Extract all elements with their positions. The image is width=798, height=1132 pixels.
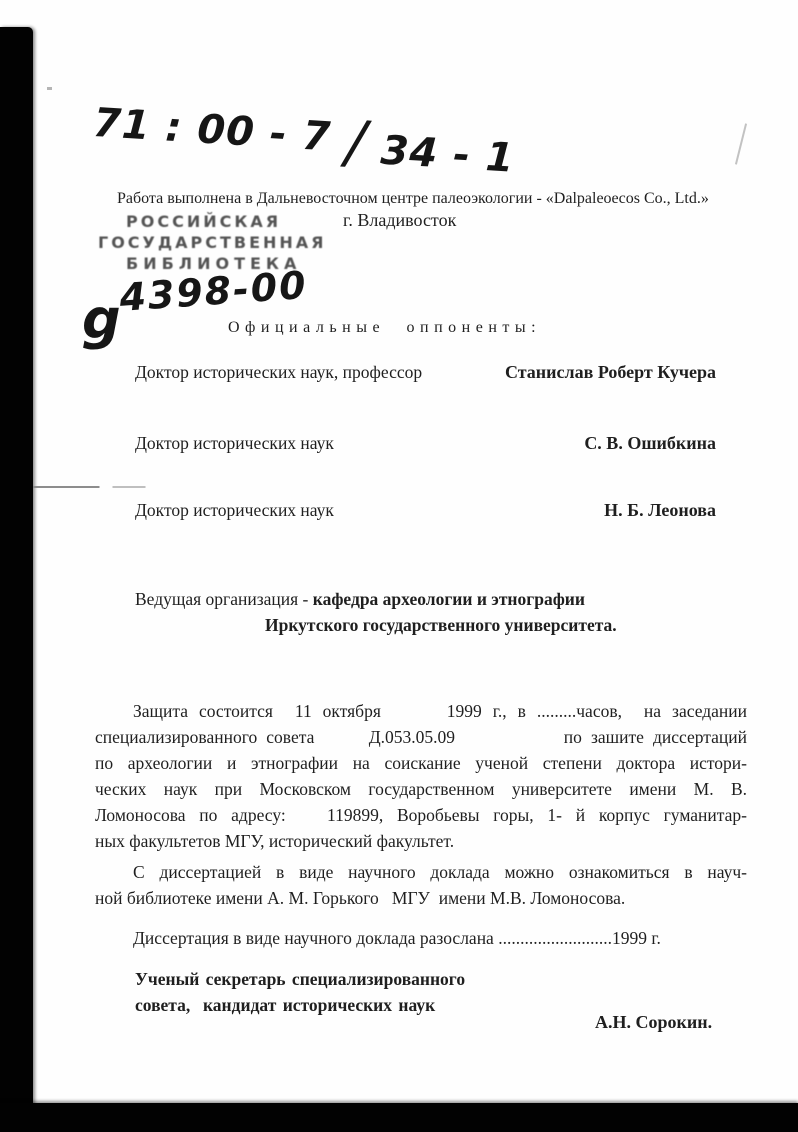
defense-line: специализированного совета Д.053.05.09 п… bbox=[95, 724, 747, 750]
leading-organization-line1: Ведущая организация - кафедра археологии… bbox=[135, 586, 617, 612]
handwritten-call-number: 71 : 00 - 7 / 34 - 1 bbox=[91, 92, 517, 186]
secretary-signature: А.Н. Сорокин. bbox=[595, 1012, 712, 1033]
defense-line: ческих наук при Московском государственн… bbox=[95, 776, 747, 802]
library-stamp-line: РОССИЙСКАЯ bbox=[126, 211, 327, 232]
opponent-row: Доктор исторических наук, профессор Стан… bbox=[135, 362, 716, 383]
opponent-name: С. В. Ошибкина bbox=[584, 433, 716, 454]
scan-pen-mark bbox=[735, 123, 747, 164]
opponents-heading: Официальные оппоненты: bbox=[228, 319, 541, 337]
leading-organization-prefix: Ведущая организация - bbox=[135, 589, 313, 609]
library-stamp-line: ГОСУДАРСТВЕННАЯ bbox=[98, 232, 327, 253]
opponent-degree: Доктор исторических наук bbox=[135, 433, 334, 454]
opponent-row: Доктор исторических наук Н. Б. Леонова bbox=[135, 500, 716, 521]
leading-organization-department: кафедра археологии и этнографии bbox=[313, 589, 585, 609]
secretary-line: Ученый секретарь специализированного bbox=[135, 966, 615, 992]
leading-organization: Ведущая организация - кафедра археологии… bbox=[135, 586, 617, 638]
opponents-list: Доктор исторических наук, профессор Стан… bbox=[135, 362, 716, 521]
defense-line: по археологии и этнографии на соискание … bbox=[95, 750, 747, 776]
library-access-paragraph: С диссертацией в виде научного доклада м… bbox=[95, 859, 747, 911]
mailed-text-line: Диссертация в виде научного доклада разо… bbox=[95, 925, 747, 951]
defense-line: ных факультетов МГУ, исторический факуль… bbox=[95, 828, 747, 854]
opponent-name: Станислав Роберт Кучера bbox=[505, 362, 716, 383]
opponent-degree: Доктор исторических наук, профессор bbox=[135, 362, 422, 383]
defense-line: Защита состоится 11 октября 1999 г., в .… bbox=[95, 698, 747, 724]
defense-paragraph: Защита состоится 11 октября 1999 г., в .… bbox=[95, 698, 747, 854]
secretary-block: Ученый секретарь специализированногосове… bbox=[135, 966, 615, 1018]
affiliation-line: Работа выполнена в Дальневосточном центр… bbox=[117, 190, 709, 208]
scanned-dissertation-page: 71 : 00 - 7 / 34 - 1 Работа выполнена в … bbox=[0, 0, 798, 1132]
mailed-line: Диссертация в виде научного доклада разо… bbox=[95, 925, 747, 951]
call-number-part1: 71 : 00 - 7 bbox=[92, 100, 348, 161]
call-number-part2: 34 - 1 bbox=[365, 127, 516, 182]
defense-line: Ломоносова по адресу: 119899, Воробьевы … bbox=[95, 802, 747, 828]
secretary-line: совета, кандидат исторических наук bbox=[135, 992, 615, 1018]
scan-edge-left-bar bbox=[0, 27, 33, 1132]
opponent-name: Н. Б. Леонова bbox=[604, 500, 716, 521]
scan-speck bbox=[47, 87, 52, 90]
opponent-row: Доктор исторических наук С. В. Ошибкина bbox=[135, 433, 716, 454]
opponent-degree: Доктор исторических наук bbox=[135, 500, 334, 521]
library-access-line: С диссертацией в виде научного доклада м… bbox=[95, 859, 747, 885]
handwritten-accession-prefix: g bbox=[82, 288, 121, 351]
affiliation-city: г. Владивосток bbox=[343, 210, 456, 231]
scan-edge-bottom-bar bbox=[0, 1103, 798, 1132]
leading-organization-university: Иркутского государственного университета… bbox=[265, 612, 617, 638]
library-access-line: ной библиотеке имени А. М. Горького МГУ … bbox=[95, 885, 747, 911]
